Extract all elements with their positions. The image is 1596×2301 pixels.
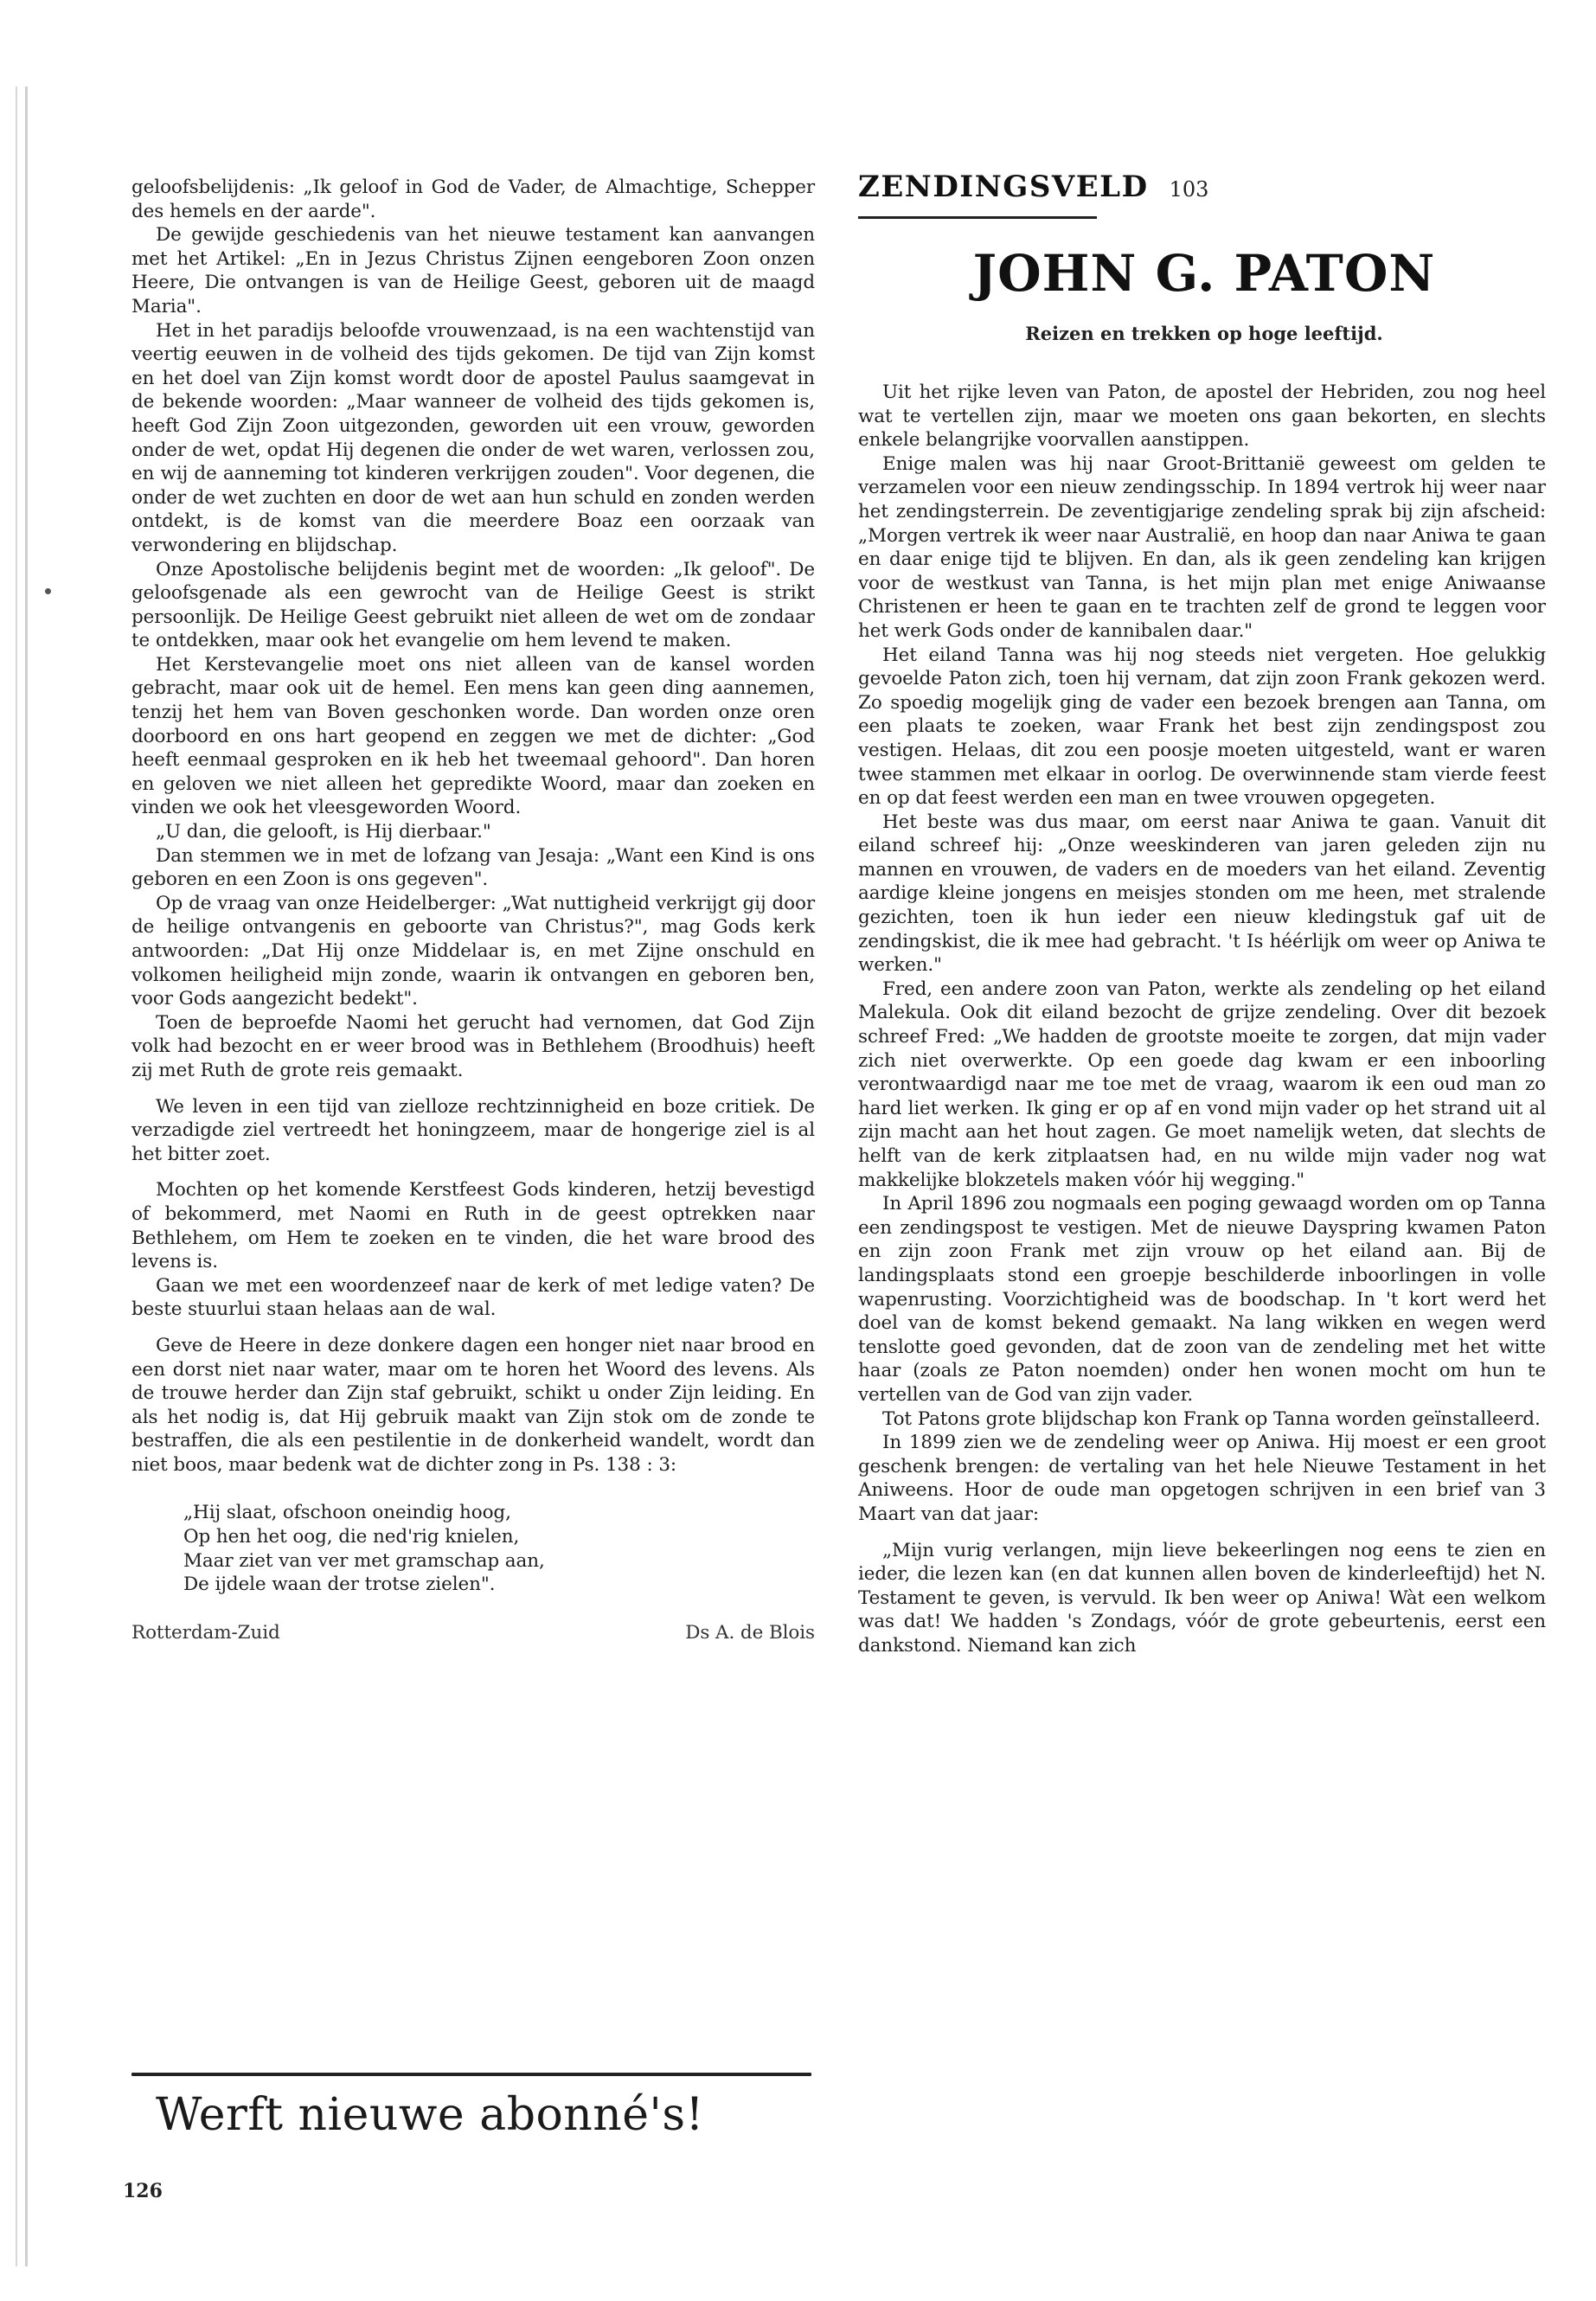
paragraph: Het Kerstevangelie moet ons niet alleen …	[131, 653, 815, 820]
section-rule	[858, 216, 1097, 219]
paragraph: Het beste was dus maar, om eerst naar An…	[858, 811, 1546, 977]
paragraph: Dan stemmen we in met de lofzang van Jes…	[131, 844, 815, 892]
article-subtitle: Reizen en trekken op hoge leeftijd.	[858, 323, 1550, 344]
left-column: geloofsbelijdenis: „Ik geloof in God de …	[131, 176, 815, 1644]
poem-line: Maar ziet van ver met gramschap aan,	[183, 1549, 815, 1574]
article-title: JOHN G. PATON	[858, 244, 1550, 303]
paragraph: We leven in een tijd van zielloze rechtz…	[131, 1095, 815, 1167]
page-number: 126	[123, 2180, 163, 2202]
paragraph: Geve de Heere in deze donkere dagen een …	[131, 1334, 815, 1477]
poem-line: Op hen het oog, die ned'rig knielen,	[183, 1525, 815, 1549]
paragraph: Uit het rijke leven van Paton, de aposte…	[858, 381, 1546, 452]
paragraph: „Mijn vurig verlangen, mijn lieve bekeer…	[858, 1539, 1546, 1658]
scan-edge-mark	[16, 87, 28, 2266]
psalm-quote: „Hij slaat, ofschoon oneindig hoog, Op h…	[183, 1501, 815, 1596]
paragraph: Mochten op het komende Kerstfeest Gods k…	[131, 1178, 815, 1273]
paragraph: De gewijde geschiedenis van het nieuwe t…	[131, 223, 815, 318]
paragraph: geloofsbelijdenis: „Ik geloof in God de …	[131, 176, 815, 223]
section-number: 103	[1170, 177, 1209, 202]
paragraph: In April 1896 zou nogmaals een poging ge…	[858, 1192, 1546, 1407]
author-name: Ds A. de Blois	[685, 1621, 815, 1645]
scan-speck	[45, 588, 51, 594]
paragraph: Gaan we met een woordenzeef naar de kerk…	[131, 1274, 815, 1322]
paragraph: Tot Patons grote blijdschap kon Frank op…	[858, 1407, 1546, 1432]
poem-line: De ijdele waan der trotse zielen".	[183, 1573, 815, 1597]
signoff: Rotterdam-Zuid Ds A. de Blois	[131, 1621, 815, 1645]
divider-rule	[131, 2073, 811, 2076]
section-title: ZENDINGSVELD	[858, 170, 1149, 204]
paragraph: Onze Apostolische belijdenis begint met …	[131, 558, 815, 653]
paragraph: Fred, een andere zoon van Paton, werkte …	[858, 977, 1546, 1192]
paragraph: Enige malen was hij naar Groot-Brittanië…	[858, 452, 1546, 644]
place-name: Rotterdam-Zuid	[131, 1621, 280, 1645]
paragraph: Het eiland Tanna was hij nog steeds niet…	[858, 644, 1546, 811]
poem-line: „Hij slaat, ofschoon oneindig hoog,	[183, 1501, 815, 1525]
paragraph: Op de vraag van onze Heidelberger: „Wat …	[131, 892, 815, 1011]
paragraph: Het in het paradijs beloofde vrouwenzaad…	[131, 319, 815, 558]
paragraph: In 1899 zien we de zendeling weer op Ani…	[858, 1431, 1546, 1526]
section-header: ZENDINGSVELD 103	[858, 170, 1208, 204]
paragraph: Toen de beproefde Naomi het gerucht had …	[131, 1011, 815, 1083]
subscription-advert: Werft nieuwe abonné's!	[156, 2089, 704, 2141]
right-column: Uit het rijke leven van Paton, de aposte…	[858, 381, 1546, 1657]
paragraph: „U dan, die gelooft, is Hij dierbaar."	[131, 820, 815, 844]
